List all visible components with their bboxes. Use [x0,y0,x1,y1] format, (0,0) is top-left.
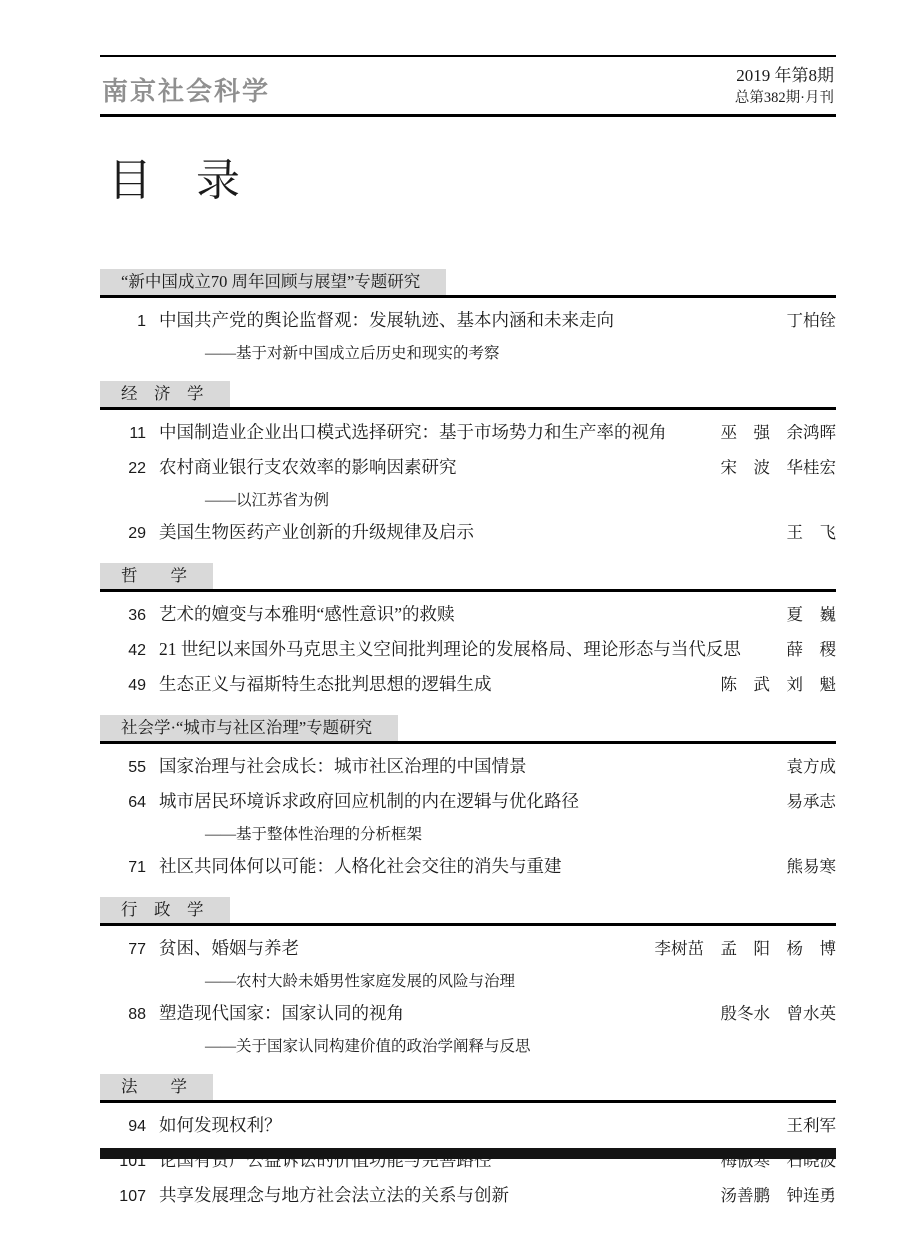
entry-title: 塑造现代国家：国家认同的视角 [159,997,709,1029]
bottom-page-rule [100,1148,836,1159]
entry-authors: 王利军 [787,1110,837,1142]
entry-title: 城市居民环境诉求政府回应机制的内在逻辑与优化路径 [159,785,775,817]
masthead: 南京社会科学 2019 年第8期 总第382期·月刊 [100,57,836,114]
entry-authors: 殷冬水 曾水英 [721,998,837,1030]
entry-page-number: 49 [100,670,146,702]
entry-page-number: 29 [100,518,146,550]
section-header: “新中国成立70 周年回顾与展望”专题研究 [100,269,836,298]
entry-subtitle: ——以江苏省为例 [205,486,329,515]
entry-authors: 熊易寒 [787,851,837,883]
entry-title: 生态正义与福斯特生态批判思想的逻辑生成 [159,668,709,700]
entry-authors: 夏 巍 [787,599,837,631]
entry-page-number: 1 [100,306,146,338]
entry-subtitle: ——基于整体性治理的分析框架 [205,820,422,849]
entry-page-number: 36 [100,600,146,632]
entry-authors: 薛 稷 [787,634,837,666]
entry-subtitle: ——关于国家认同构建价值的政治学阐释与反思 [205,1032,531,1061]
entry-title: 21 世纪以来国外马克思主义空间批判理论的发展格局、理论形态与当代反思 [159,633,775,665]
entry-page-number: 64 [100,787,146,819]
section-header: 法 学 [100,1074,836,1103]
entry-title: 社区共同体何以可能：人格化社会交往的消失与重建 [159,850,775,882]
entry-title: 中国制造业企业出口模式选择研究：基于市场势力和生产率的视角 [159,416,709,448]
entry-authors: 李树茁 孟 阳 杨 博 [655,933,837,965]
section-label: 社会学·“城市与社区治理”专题研究 [100,715,398,741]
entry-title: 农村商业银行支农效率的影响因素研究 [159,451,709,483]
toc-entry: 29 美国生物医药产业创新的升级规律及启示 王 飞 [100,516,836,550]
toc-entry-subtitle: ——农村大龄未婚男性家庭发展的风险与治理 [100,967,836,996]
toc-entry: 49 生态正义与福斯特生态批判思想的逻辑生成 陈 武 刘 魁 [100,668,836,702]
toc-entry-subtitle: ——基于对新中国成立后历史和现实的考察 [100,339,836,368]
masthead-rule [100,114,836,117]
journal-name: 南京社会科学 [102,71,270,108]
section-philosophy: 哲 学 36 艺术的嬗变与本雅明“感性意识”的救赎 夏 巍 42 21 世纪以来… [100,563,836,702]
entry-title: 如何发现权利？ [159,1109,775,1141]
toc-entry: 11 中国制造业企业出口模式选择研究：基于市场势力和生产率的视角 巫 强 余鸿晖 [100,416,836,450]
section-label: 行 政 学 [100,897,230,923]
toc-entry: 36 艺术的嬗变与本雅明“感性意识”的救赎 夏 巍 [100,598,836,632]
page-title: 目 录 [108,153,836,209]
toc-entry: 55 国家治理与社会成长：城市社区治理的中国情景 袁方成 [100,750,836,784]
entry-page-number: 42 [100,635,146,667]
section-economics: 经 济 学 11 中国制造业企业出口模式选择研究：基于市场势力和生产率的视角 巫… [100,381,836,550]
toc-entry-subtitle: ——基于整体性治理的分析框架 [100,820,836,849]
entry-page-number: 88 [100,999,146,1031]
entry-page-number: 11 [100,418,146,450]
section-label: 法 学 [100,1074,213,1100]
toc-entry: 88 塑造现代国家：国家认同的视角 殷冬水 曾水英 [100,997,836,1031]
entry-page-number: 71 [100,852,146,884]
toc-entry-subtitle: ——关于国家认同构建价值的政治学阐释与反思 [100,1032,836,1061]
entry-page-number: 55 [100,752,146,784]
entry-title: 中国共产党的舆论监督观：发展轨迹、基本内涵和未来走向 [159,304,775,336]
toc-entry: 22 农村商业银行支农效率的影响因素研究 宋 波 华桂宏 [100,451,836,485]
entry-subtitle: ——农村大龄未婚男性家庭发展的风险与治理 [205,967,515,996]
entry-page-number: 107 [100,1181,146,1213]
entry-title: 共享发展理念与地方社会法立法的关系与创新 [159,1179,709,1211]
section-special-70th-anniversary: “新中国成立70 周年回顾与展望”专题研究 1 中国共产党的舆论监督观：发展轨迹… [100,269,836,368]
section-label: 经 济 学 [100,381,230,407]
entry-authors: 陈 武 刘 魁 [721,669,837,701]
table-of-contents: “新中国成立70 周年回顾与展望”专题研究 1 中国共产党的舆论监督观：发展轨迹… [100,269,836,1213]
journal-toc-page: 南京社会科学 2019 年第8期 总第382期·月刊 目 录 “新中国成立70 … [0,0,911,1241]
entry-page-number: 22 [100,453,146,485]
section-header: 社会学·“城市与社区治理”专题研究 [100,715,836,744]
page-content: 南京社会科学 2019 年第8期 总第382期·月刊 目 录 “新中国成立70 … [100,55,836,1213]
section-label: 哲 学 [100,563,213,589]
toc-entry-subtitle: ——以江苏省为例 [100,486,836,515]
entry-title: 艺术的嬗变与本雅明“感性意识”的救赎 [159,598,775,630]
section-header: 行 政 学 [100,897,836,926]
toc-entry: 42 21 世纪以来国外马克思主义空间批判理论的发展格局、理论形态与当代反思 薛… [100,633,836,667]
issue-volume: 总第382期·月刊 [735,88,834,108]
entry-authors: 袁方成 [787,751,837,783]
entry-authors: 宋 波 华桂宏 [721,452,837,484]
entry-authors: 巫 强 余鸿晖 [721,417,837,449]
entry-authors: 汤善鹏 钟连勇 [721,1180,837,1212]
issue-info: 2019 年第8期 总第382期·月刊 [735,64,834,108]
entry-authors: 易承志 [787,786,837,818]
toc-entry: 107 共享发展理念与地方社会法立法的关系与创新 汤善鹏 钟连勇 [100,1179,836,1213]
section-header: 经 济 学 [100,381,836,410]
toc-entry: 94 如何发现权利？ 王利军 [100,1109,836,1143]
entry-title: 美国生物医药产业创新的升级规律及启示 [159,516,775,548]
section-sociology: 社会学·“城市与社区治理”专题研究 55 国家治理与社会成长：城市社区治理的中国… [100,715,836,884]
toc-entry: 71 社区共同体何以可能：人格化社会交往的消失与重建 熊易寒 [100,850,836,884]
entry-title: 国家治理与社会成长：城市社区治理的中国情景 [159,750,775,782]
entry-page-number: 77 [100,934,146,966]
entry-title: 贫困、婚姻与养老 [159,932,643,964]
toc-entry: 1 中国共产党的舆论监督观：发展轨迹、基本内涵和未来走向 丁柏铨 [100,304,836,338]
entry-authors: 丁柏铨 [787,305,837,337]
section-public-administration: 行 政 学 77 贫困、婚姻与养老 李树茁 孟 阳 杨 博 ——农村大龄未婚男性… [100,897,836,1061]
section-header: 哲 学 [100,563,836,592]
entry-subtitle: ——基于对新中国成立后历史和现实的考察 [205,339,500,368]
section-law: 法 学 94 如何发现权利？ 王利军 101 论国有资产公益诉讼的价值功能与完善… [100,1074,836,1213]
toc-entry: 77 贫困、婚姻与养老 李树茁 孟 阳 杨 博 [100,932,836,966]
toc-entry: 64 城市居民环境诉求政府回应机制的内在逻辑与优化路径 易承志 [100,785,836,819]
section-label: “新中国成立70 周年回顾与展望”专题研究 [100,269,446,295]
entry-authors: 王 飞 [787,517,837,549]
issue-number: 2019 年第8期 [735,64,834,88]
entry-page-number: 94 [100,1111,146,1143]
